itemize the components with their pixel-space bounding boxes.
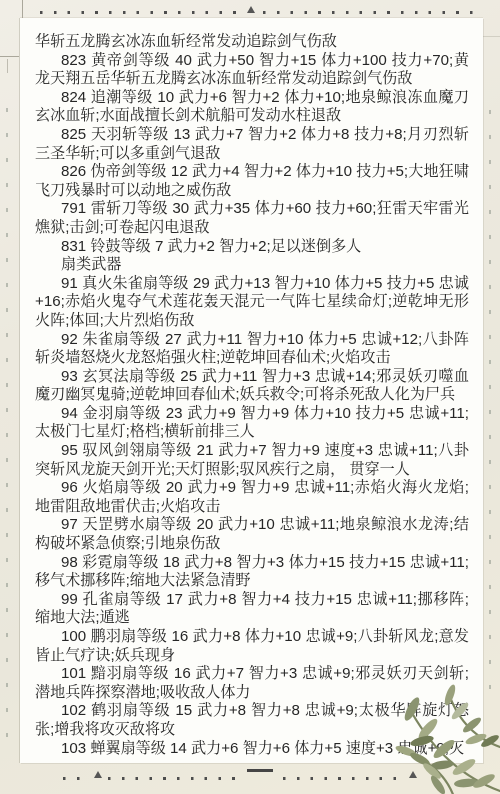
document-line: 91 真火朱雀扇等级 29 武力+13 智力+10 体力+5 技力+5 忠诚+1… xyxy=(35,275,469,331)
bottom-border-dots xyxy=(63,777,90,780)
right-margin-ticks xyxy=(489,110,491,700)
document-line: 98 彩霓扇等级 18 武力+8 智力+3 体力+15 技力+15 忠诚+11;… xyxy=(35,554,469,591)
document-line: 831 铃鼓等级 7 武力+2 智力+2;足以迷倒多人 xyxy=(35,238,469,257)
left-margin-ticks xyxy=(6,108,8,753)
weapon-list: 华斩五龙腾玄冰冻血斩经常发动追踪剑气伤敌823 黄帝剑等级 40 武力+50 智… xyxy=(35,33,469,758)
document-line: 93 玄冥法扇等级 25 武力+11 智力+3 忠诚+14;邪灵妖刃噬血魔刃幽冥… xyxy=(35,368,469,405)
document-line: 华斩五龙腾玄冰冻血斩经常发动追踪剑气伤敌 xyxy=(35,33,469,52)
document-line: 823 黄帝剑等级 40 武力+50 智力+15 体力+100 技力+70;黄龙… xyxy=(35,52,469,89)
document-line: 791 雷斩刀等级 30 武力+35 体力+60 技力+60;狂雷天牢雷光燋狱;… xyxy=(35,200,469,237)
document-line: 96 火焰扇等级 20 武力+9 智力+9 忠诚+11;赤焰火海火龙焰;地雷阻敌… xyxy=(35,479,469,516)
document-line: 99 孔雀扇等级 17 武力+8 智力+4 技力+15 忠诚+11;挪移阵;缩地… xyxy=(35,591,469,628)
document-line: 824 追潮等级 10 武力+6 智力+2 体力+10;地泉鲸浪冻血魔刀玄冰血斩… xyxy=(35,89,469,126)
triangle-up-icon xyxy=(247,6,255,13)
olive-branch-icon xyxy=(342,663,500,794)
bottom-border-dots xyxy=(108,777,239,780)
document-line: 100 鹏羽扇等级 16 武力+8 体力+10 忠诚+9;八卦斩风龙;意发皆止气… xyxy=(35,628,469,665)
document-line: 825 天羽斩等级 13 武力+7 智力+2 体力+8 技力+8;月刃烈斩三圣华… xyxy=(35,126,469,163)
triangle-up-icon xyxy=(94,771,102,778)
dash-icon xyxy=(247,769,273,772)
document-card: 华斩五龙腾玄冰冻血斩经常发动追踪剑气伤敌823 黄帝剑等级 40 武力+50 智… xyxy=(20,18,483,763)
top-border-dots-right xyxy=(263,11,484,14)
document-line: 97 天罡劈水扇等级 20 武力+10 忠诚+11;地泉鲸浪水龙涛;结构破坏紧急… xyxy=(35,516,469,553)
top-border-dots-left xyxy=(40,11,243,14)
document-line: 94 金羽扇等级 23 武力+9 智力+9 体力+10 技力+5 忠诚+11;太… xyxy=(35,405,469,442)
document-line: 92 朱雀扇等级 27 武力+11 智力+10 体力+5 忠诚+12;八卦阵斩炎… xyxy=(35,331,469,368)
document-line: 95 驭风剑翎扇等级 21 武力+7 智力+9 速度+3 忠诚+11;八卦突斩风… xyxy=(35,442,469,479)
section-header: 扇类武器 xyxy=(35,256,469,275)
scan-edge-line xyxy=(0,56,19,57)
document-line: 826 伪帝剑等级 12 武力+4 智力+2 体力+10 技力+5;大地狂啸飞刀… xyxy=(35,163,469,200)
scan-edge-line xyxy=(7,59,8,73)
scan-edge-line xyxy=(22,0,23,18)
